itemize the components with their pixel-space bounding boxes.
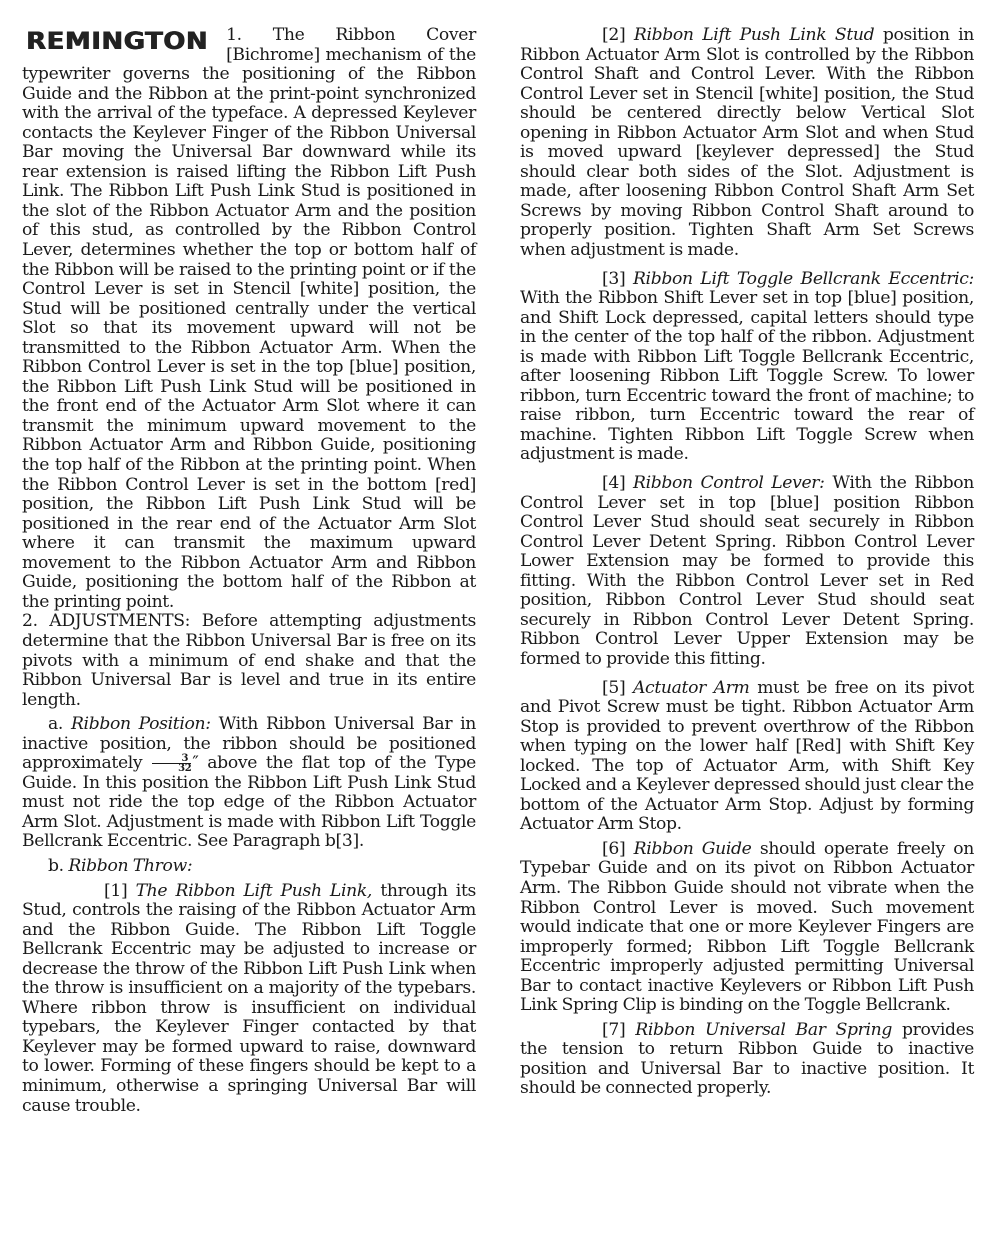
item-number: [2]: [602, 25, 625, 45]
item-number: [4]: [602, 473, 625, 493]
item-text: must be free on its pivot and Pivot Scre…: [520, 678, 974, 835]
paragraph-text: The Ribbon Cover [Bichrome] mechanism of…: [22, 25, 476, 612]
paragraph-1: 1. The Ribbon Cover [Bichrome] mechanism…: [22, 26, 476, 612]
section-heading: ADJUSTMENTS:: [49, 611, 190, 631]
subsection-label: a.: [48, 714, 63, 734]
item-number: [3]: [602, 269, 625, 289]
item-b5: [5] Actuator Arm must be free on its piv…: [520, 679, 974, 835]
item-number: [1]: [104, 881, 127, 901]
item-text: through its Stud, controls the raising o…: [22, 881, 476, 1116]
subsection-b-ribbon-throw: b. Ribbon Throw:: [22, 857, 476, 877]
item-b4: [4] Ribbon Control Lever: With the Ribbo…: [520, 474, 974, 669]
item-title: Ribbon Control Lever:: [633, 473, 825, 493]
item-title: Ribbon Lift Push Link Stud: [634, 25, 874, 45]
item-title: The Ribbon Lift Push Link,: [136, 881, 372, 901]
item-title: Actuator Arm: [633, 678, 750, 698]
subsection-a-ribbon-position: a. Ribbon Position: With Ribbon Uni­vers…: [22, 715, 476, 852]
item-b1: [1] The Ribbon Lift Push Link, through i…: [22, 882, 476, 1117]
item-text: posi­tion in Ribbon Actuator Arm Slot is…: [520, 25, 974, 260]
inch-mark: ″: [192, 753, 198, 773]
brand-heading: REMINGTON: [26, 28, 208, 56]
item-text: With the Ribbon Shift Lever set in top […: [520, 288, 974, 464]
subsection-label: b.: [48, 856, 64, 876]
item-b3: [3] Ribbon Lift Toggle Bellcrank Eccen­t…: [520, 270, 974, 465]
item-b7: [7] Ribbon Universal Bar Spring pro­vide…: [520, 1021, 974, 1099]
subsection-title: Ribbon Throw:: [68, 856, 192, 876]
item-number: [6]: [602, 839, 625, 859]
right-column: [2] Ribbon Lift Push Link Stud posi­tion…: [520, 26, 974, 1099]
item-number: [5]: [602, 678, 625, 698]
item-title: Ribbon Universal Bar Spring: [635, 1020, 892, 1040]
item-title: Ribbon Guide: [634, 839, 752, 859]
left-column: REMINGTON 1. The Ribbon Cover [Bichrome]…: [22, 26, 476, 1116]
item-number: [7]: [602, 1020, 625, 1040]
item-title: Ribbon Lift Toggle Bellcrank Eccen­tric:: [633, 269, 974, 289]
subsection-title: Ribbon Position:: [71, 714, 211, 734]
fraction: 332: [152, 754, 191, 773]
item-b6: [6] Ribbon Guide should operate freely o…: [520, 840, 974, 1016]
item-text: With the Ribbon Control Lever set in top…: [520, 473, 974, 669]
paragraph-2-adjustments: 2. ADJUSTMENTS: Before attempting ad­jus…: [22, 612, 476, 710]
document-page: REMINGTON 1. The Ribbon Cover [Bichrome]…: [0, 0, 1000, 1247]
item-b2: [2] Ribbon Lift Push Link Stud posi­tion…: [520, 26, 974, 261]
paragraph-number: 1.: [226, 25, 242, 45]
item-text: should operate freely on Typebar Guide a…: [520, 839, 974, 1015]
paragraph-number: 2.: [22, 611, 38, 631]
